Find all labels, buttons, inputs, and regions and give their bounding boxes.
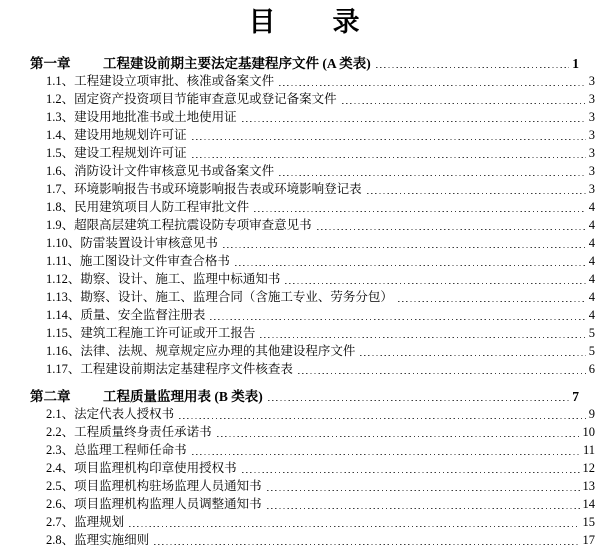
dot-leader — [367, 185, 586, 197]
toc-item-row: 1.12、勘察、设计、施工、监理中标通知书 4 — [30, 269, 595, 287]
toc-item-row: 1.15、建筑工程施工许可证或开工报告 5 — [30, 323, 595, 341]
toc-item-row: 1.2、固定资产投资项目节能审查意见或登记备案文件 3 — [30, 89, 595, 107]
page-number: 10 — [583, 425, 596, 440]
item-label: 2.1、法定代表人授权书 — [46, 407, 174, 422]
page-number: 4 — [589, 272, 595, 287]
item-label: 1.13、勘察、设计、施工、监理合同（含施工专业、劳务分包） — [46, 290, 393, 305]
toc-item-row: 1.16、法律、法规、规章规定应办理的其他建设程序文件 5 — [30, 341, 595, 359]
page-number: 17 — [583, 533, 596, 548]
item-label: 2.4、项目监理机构印章使用授权书 — [46, 461, 237, 476]
toc-item-row: 2.7、监理规划 15 — [30, 512, 595, 530]
chapter-title: 工程质量监理用表 (B 类表) — [103, 389, 263, 404]
page-number: 5 — [589, 326, 595, 341]
toc-item-row: 1.3、建设用地批准书或土地使用证 3 — [30, 107, 595, 125]
toc-item-row: 2.4、项目监理机构印章使用授权书 12 — [30, 458, 595, 476]
dot-leader — [192, 446, 580, 458]
toc-item-row: 1.9、超限高层建筑工程抗震设防专项审查意见书 4 — [30, 215, 595, 233]
toc: 第一章 工程建设前期主要法定基建程序文件 (A 类表) 1 1.1、工程建设立项… — [30, 52, 579, 548]
dot-leader — [217, 428, 580, 440]
dot-leader — [285, 275, 585, 287]
page-number: 15 — [583, 515, 596, 530]
dot-leader — [279, 167, 586, 179]
item-label: 2.7、监理规划 — [46, 515, 124, 530]
item-label: 1.12、勘察、设计、施工、监理中标通知书 — [46, 272, 280, 287]
chapter-label: 第二章 — [30, 389, 103, 404]
dot-leader — [210, 311, 585, 323]
page-number: 13 — [583, 479, 596, 494]
dot-leader — [267, 500, 580, 512]
item-label: 1.6、消防设计文件审核意见书或备案文件 — [46, 164, 274, 179]
dot-leader — [317, 221, 586, 233]
dot-leader — [129, 518, 579, 530]
toc-item-row: 1.13、勘察、设计、施工、监理合同（含施工专业、劳务分包） 4 — [30, 287, 595, 305]
toc-item-row: 2.3、总监理工程师任命书 11 — [30, 440, 595, 458]
toc-chapter-row: 第一章 工程建设前期主要法定基建程序文件 (A 类表) 1 — [30, 52, 579, 71]
item-label: 2.3、总监理工程师任命书 — [46, 443, 187, 458]
dot-leader — [360, 347, 585, 359]
page-number: 3 — [589, 182, 595, 197]
item-label: 1.9、超限高层建筑工程抗震设防专项审查意见书 — [46, 218, 312, 233]
page-title: 目 录 — [30, 5, 579, 40]
dot-leader — [235, 257, 586, 269]
dot-leader — [398, 293, 586, 305]
page-number: 4 — [589, 308, 595, 323]
page-number: 4 — [589, 236, 595, 251]
dot-leader — [192, 131, 586, 143]
page-number: 14 — [583, 497, 596, 512]
toc-item-row: 1.17、工程建设前期法定基建程序文件核查表 6 — [30, 359, 595, 377]
dot-leader — [154, 536, 579, 548]
dot-leader — [192, 149, 586, 161]
toc-item-row: 2.2、工程质量终身责任承诺书 10 — [30, 422, 595, 440]
item-label: 1.11、施工图设计文件审查合格书 — [46, 254, 230, 269]
item-label: 2.8、监理实施细则 — [46, 533, 149, 548]
toc-item-row: 2.8、监理实施细则 17 — [30, 530, 595, 548]
toc-item-row: 1.1、工程建设立项审批、核准或备案文件 3 — [30, 71, 595, 89]
toc-item-row: 2.1、法定代表人授权书 9 — [30, 404, 595, 422]
item-label: 2.6、项目监理机构监理人员调整通知书 — [46, 497, 262, 512]
toc-item-row: 1.11、施工图设计文件审查合格书 4 — [30, 251, 595, 269]
toc-item-row: 1.4、建设用地规划许可证 3 — [30, 125, 595, 143]
item-label: 1.3、建设用地批准书或土地使用证 — [46, 110, 237, 125]
dot-leader — [376, 59, 570, 71]
chapter-label: 第一章 — [30, 56, 103, 71]
page-number: 11 — [583, 443, 595, 458]
toc-chapter-row: 第二章 工程质量监理用表 (B 类表) 7 — [30, 385, 579, 404]
page-number: 3 — [589, 146, 595, 161]
toc-item-row: 1.6、消防设计文件审核意见书或备案文件 3 — [30, 161, 595, 179]
item-label: 1.2、固定资产投资项目节能审查意见或登记备案文件 — [46, 92, 337, 107]
document-page: 目 录 第一章 工程建设前期主要法定基建程序文件 (A 类表) 1 1.1、工程… — [0, 0, 601, 548]
dot-leader — [260, 329, 585, 341]
toc-item-row: 1.8、民用建筑项目人防工程审批文件 4 — [30, 197, 595, 215]
dot-leader — [342, 95, 586, 107]
page-number: 3 — [589, 92, 595, 107]
page-number: 4 — [589, 200, 595, 215]
item-label: 2.2、工程质量终身责任承诺书 — [46, 425, 212, 440]
chapter-title: 工程建设前期主要法定基建程序文件 (A 类表) — [103, 56, 371, 71]
page-number: 9 — [589, 407, 595, 422]
item-label: 1.1、工程建设立项审批、核准或备案文件 — [46, 74, 274, 89]
item-label: 1.4、建设用地规划许可证 — [46, 128, 187, 143]
item-label: 2.5、项目监理机构驻场监理人员通知书 — [46, 479, 262, 494]
dot-leader — [268, 392, 570, 404]
dot-leader — [242, 464, 580, 476]
item-label: 1.10、防雷装置设计审核意见书 — [46, 236, 218, 251]
page-number: 3 — [589, 110, 595, 125]
page-number: 3 — [589, 128, 595, 143]
item-label: 1.7、环境影响报告书或环境影响报告表或环境影响登记表 — [46, 182, 362, 197]
item-label: 1.8、民用建筑项目人防工程审批文件 — [46, 200, 249, 215]
dot-leader — [279, 77, 586, 89]
item-label: 1.5、建设工程规划许可证 — [46, 146, 187, 161]
dot-leader — [223, 239, 586, 251]
dot-leader — [254, 203, 586, 215]
page-number: 4 — [589, 218, 595, 233]
toc-item-row: 1.7、环境影响报告书或环境影响报告表或环境影响登记表 3 — [30, 179, 595, 197]
dot-leader — [179, 410, 586, 422]
page-number: 5 — [589, 344, 595, 359]
page-number: 12 — [583, 461, 596, 476]
dot-leader — [242, 113, 586, 125]
page-number: 4 — [589, 290, 595, 305]
item-label: 1.17、工程建设前期法定基建程序文件核查表 — [46, 362, 293, 377]
toc-item-row: 1.10、防雷装置设计审核意见书 4 — [30, 233, 595, 251]
page-number: 3 — [589, 164, 595, 179]
toc-item-row: 2.5、项目监理机构驻场监理人员通知书 13 — [30, 476, 595, 494]
toc-item-row: 2.6、项目监理机构监理人员调整通知书 14 — [30, 494, 595, 512]
dot-leader — [267, 482, 580, 494]
toc-item-row: 1.14、质量、安全监督注册表 4 — [30, 305, 595, 323]
page-number: 1 — [572, 56, 579, 71]
toc-item-row: 1.5、建设工程规划许可证 3 — [30, 143, 595, 161]
page-number: 3 — [589, 74, 595, 89]
page-number: 6 — [589, 362, 595, 377]
page-number: 7 — [572, 389, 579, 404]
item-label: 1.14、质量、安全监督注册表 — [46, 308, 205, 323]
item-label: 1.16、法律、法规、规章规定应办理的其他建设程序文件 — [46, 344, 355, 359]
item-label: 1.15、建筑工程施工许可证或开工报告 — [46, 326, 255, 341]
page-number: 4 — [589, 254, 595, 269]
dot-leader — [298, 365, 586, 377]
